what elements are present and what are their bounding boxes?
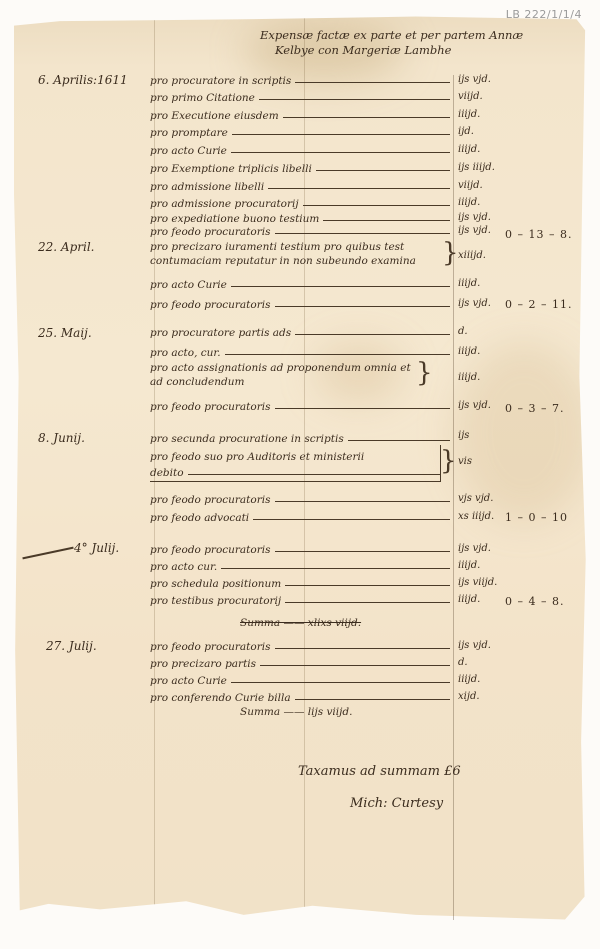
entry-amount: iiijd. — [458, 144, 480, 155]
section-subtotal: 0 – 2 – 11. — [505, 298, 572, 311]
entry-amount: ijd. — [458, 126, 474, 137]
signature: Mich: Curtesy — [350, 796, 443, 811]
entry-text: pro feodo procuratoris — [150, 544, 275, 556]
entry-text: pro admissione libelli — [150, 181, 268, 193]
entry-amount: ijs vjd. — [458, 298, 491, 309]
section-summa: Summa —— lijs viijd. — [240, 706, 352, 718]
entry-row: pro feodo advocati — [150, 507, 450, 524]
entry-text: pro acto Curie — [150, 279, 231, 291]
entry-text: pro procuratore in scriptis — [150, 75, 295, 87]
leader-rule — [268, 188, 450, 189]
entry-amount: iiijd. — [458, 674, 480, 685]
entry-text: pro acto Curie — [150, 145, 231, 157]
leader-rule — [231, 682, 450, 683]
leader-rule — [295, 699, 450, 700]
entry-amount: ijs — [458, 430, 469, 441]
brace-mark: } — [440, 446, 457, 476]
leader-rule — [275, 233, 451, 234]
leader-rule — [275, 551, 451, 552]
section-date: 22. April. — [38, 240, 94, 254]
leader-rule — [316, 170, 450, 171]
entry-amount: iiijd. — [458, 372, 480, 383]
entry-row: pro acto Curie — [150, 140, 450, 157]
section-subtotal: 0 – 4 – 8. — [505, 595, 564, 608]
leader-rule — [285, 602, 450, 603]
entry-amount: xijd. — [458, 691, 480, 702]
entry-text: pro acto Curie — [150, 675, 231, 687]
entry-text: pro feodo procuratoris — [150, 226, 275, 238]
entry-amount: d. — [458, 657, 468, 668]
entry-text: pro acto assignationis ad proponendum om… — [150, 361, 420, 389]
entry-amount: ijs vjd. — [458, 225, 491, 236]
section-date: 27. Julij. — [46, 639, 97, 653]
entry-row: pro procuratore in scriptis — [150, 70, 450, 87]
section-date: 6. Aprilis:1611 — [38, 73, 128, 87]
amount-column-rule — [453, 75, 454, 920]
entry-row: pro feodo procuratoris — [150, 636, 450, 653]
entry-amount: iiijd. — [458, 278, 480, 289]
entry-text: pro primo Citatione — [150, 92, 259, 104]
entry-text: pro Executione eiusdem — [150, 110, 283, 122]
entry-row: pro Executione eiusdem — [150, 105, 450, 122]
section-date: 25. Maij. — [38, 326, 92, 340]
entry-amount: xiiijd. — [458, 250, 486, 261]
entry-amount: iiijd. — [458, 594, 480, 605]
entry-row: pro primo Citatione — [150, 87, 450, 104]
entry-row: pro acto cur. — [150, 556, 450, 573]
entry-row: pro Exemptione triplicis libelli — [150, 158, 450, 175]
document-heading: Expensæ factæ ex parte et per partem Ann… — [260, 28, 590, 58]
entry-row: pro procuratore partis ads — [150, 322, 450, 339]
leader-rule — [275, 648, 451, 649]
entry-amount: vjs vjd. — [458, 493, 493, 504]
entry-amount: d. — [458, 326, 468, 337]
leader-rule — [348, 440, 450, 441]
entry-amount: viijd. — [458, 180, 483, 191]
heading-line-2: Kelbye con Margeriæ Lambhe — [260, 43, 590, 58]
leader-rule — [225, 354, 450, 355]
entry-amount: vis — [458, 456, 472, 467]
leader-rule — [303, 205, 450, 206]
entry-amount: ijs vjd. — [458, 212, 491, 223]
entry-row: pro secunda procuratione in scriptis — [150, 428, 450, 445]
taxation-note: Taxamus ad summam £6 — [298, 764, 461, 779]
entry-row: pro acto Curie — [150, 274, 450, 291]
entry-text: pro procuratore partis ads — [150, 327, 295, 339]
leader-rule — [275, 306, 451, 307]
section-subtotal: 1 – 0 – 10 — [505, 511, 568, 524]
leader-rule — [259, 99, 450, 100]
leader-rule — [221, 568, 450, 569]
brace-mark: } — [416, 358, 433, 388]
leader-rule — [232, 134, 450, 135]
entry-text: pro schedula positionum — [150, 578, 285, 590]
entry-row: pro feodo procuratoris — [150, 489, 450, 506]
entry-amount: iiijd. — [458, 109, 480, 120]
archive-reference: LB 222/1/1/4 — [506, 8, 582, 21]
leader-rule — [231, 152, 450, 153]
entry-row: pro admissione libelli — [150, 176, 450, 193]
section-date: 8. Junij. — [38, 431, 85, 445]
struck-summa: Summa —— xlixs viijd. — [240, 617, 361, 629]
entry-row: pro precizaro iuramenti testium pro quib… — [150, 240, 450, 270]
entry-row: pro testibus procuratorij — [150, 590, 450, 607]
leader-rule — [295, 82, 450, 83]
entry-row: pro feodo procuratoris — [150, 294, 450, 311]
entry-amount: iiijd. — [458, 197, 480, 208]
entry-text: pro precizaro iuramenti testium pro quib… — [150, 240, 450, 268]
brace-mark: } — [442, 238, 459, 268]
leader-rule — [295, 334, 450, 335]
entry-row: pro acto Curie — [150, 670, 450, 687]
entry-text: pro conferendo Curie billa — [150, 692, 295, 704]
entry-amount: ijs vjd. — [458, 543, 491, 554]
entry-amount: ijs vjd. — [458, 640, 491, 651]
leader-rule — [275, 501, 451, 502]
leader-rule — [275, 408, 451, 409]
section-subtotal: 0 – 13 – 8. — [505, 228, 572, 241]
entry-row: pro promptare — [150, 122, 450, 139]
entry-text: pro Exemptione triplicis libelli — [150, 163, 316, 175]
entry-amount: ijs viijd. — [458, 577, 497, 588]
entry-amount: iiijd. — [458, 560, 480, 571]
entry-text: pro feodo procuratoris — [150, 401, 275, 413]
entry-row: pro acto, cur. — [150, 342, 450, 359]
section-date: 4° Julij. — [74, 541, 119, 555]
entry-text: pro acto, cur. — [150, 347, 225, 359]
entry-amount: ijs vjd. — [458, 74, 491, 85]
entry-row: pro feodo procuratoris — [150, 539, 450, 556]
entry-row: pro precizaro partis — [150, 653, 450, 670]
leader-rule — [260, 665, 450, 666]
entry-amount: xs iiijd. — [458, 511, 494, 522]
entry-text: pro feodo procuratoris — [150, 494, 275, 506]
entry-text: pro secunda procuratione in scriptis — [150, 433, 348, 445]
entry-row: pro schedula positionum — [150, 573, 450, 590]
section-subtotal: 0 – 3 – 7. — [505, 402, 564, 415]
entry-text: pro feodo advocati — [150, 512, 253, 524]
entry-row: pro conferendo Curie billa — [150, 687, 450, 704]
entry-amount: ijs vjd. — [458, 400, 491, 411]
leader-rule — [283, 117, 450, 118]
entry-text: pro precizaro partis — [150, 658, 260, 670]
leader-rule — [253, 519, 450, 520]
entry-row: pro feodo procuratoris — [150, 396, 450, 413]
entry-row: pro acto assignationis ad proponendum om… — [150, 361, 420, 391]
leader-rule — [231, 286, 450, 287]
entry-amount: ijs iiijd. — [458, 162, 495, 173]
entry-text: pro testibus procuratorij — [150, 595, 285, 607]
entry-text: pro acto cur. — [150, 561, 221, 573]
leader-rule — [285, 585, 450, 586]
bracket-box — [150, 445, 441, 482]
entry-text: pro feodo procuratoris — [150, 641, 275, 653]
entry-amount: viijd. — [458, 91, 483, 102]
entry-row: pro feodo procuratoris — [150, 221, 450, 238]
entry-text: pro promptare — [150, 127, 232, 139]
entry-text: pro feodo procuratoris — [150, 299, 275, 311]
heading-line-1: Expensæ factæ ex parte et per partem Ann… — [260, 28, 590, 43]
entry-amount: iiijd. — [458, 346, 480, 357]
